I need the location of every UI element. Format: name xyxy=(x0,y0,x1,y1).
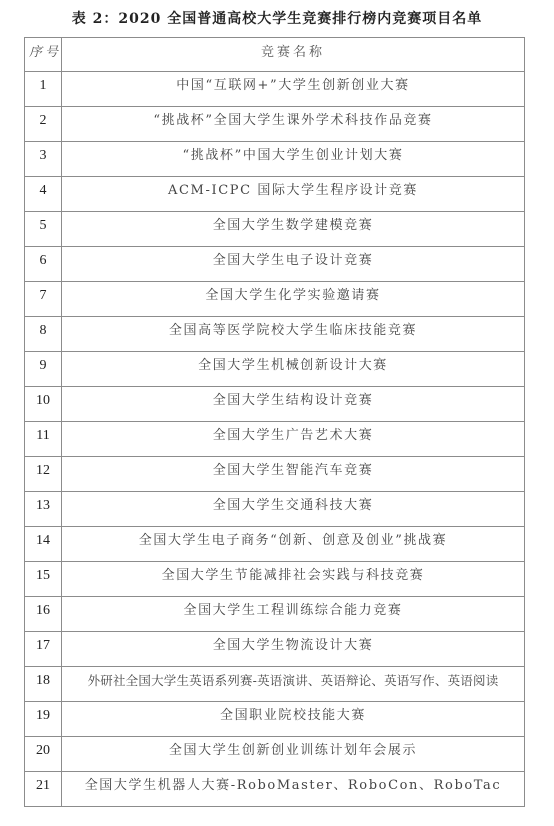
row-index: 2 xyxy=(25,107,62,142)
row-name: 全国职业院校技能大赛 xyxy=(62,702,525,737)
row-name: 全国大学生数学建模竞赛 xyxy=(62,212,525,247)
table-row: 10全国大学生结构设计竞赛 xyxy=(25,387,525,422)
row-index: 1 xyxy=(25,72,62,107)
row-name: 外研社全国大学生英语系列赛-英语演讲、英语辩论、英语写作、英语阅读 xyxy=(62,667,525,702)
row-index: 20 xyxy=(25,737,62,772)
row-name: “挑战杯”中国大学生创业计划大赛 xyxy=(62,142,525,177)
row-name: 全国大学生电子商务“创新、创意及创业”挑战赛 xyxy=(62,527,525,562)
row-index: 15 xyxy=(25,562,62,597)
row-index: 6 xyxy=(25,247,62,282)
table-row: 8全国高等医学院校大学生临床技能竞赛 xyxy=(25,317,525,352)
table-row: 15全国大学生节能减排社会实践与科技竞赛 xyxy=(25,562,525,597)
row-index: 18 xyxy=(25,667,62,702)
row-name: 全国大学生工程训练综合能力竞赛 xyxy=(62,597,525,632)
row-index: 11 xyxy=(25,422,62,457)
row-index: 17 xyxy=(25,632,62,667)
table-row: 18外研社全国大学生英语系列赛-英语演讲、英语辩论、英语写作、英语阅读 xyxy=(25,667,525,702)
table-row: 21全国大学生机器人大赛-RoboMaster、RoboCon、RoboTac xyxy=(25,772,525,807)
row-name: 中国“互联网+”大学生创新创业大赛 xyxy=(62,72,525,107)
competition-table: 序号 竞赛名称 1中国“互联网+”大学生创新创业大赛 2“挑战杯”全国大学生课外… xyxy=(24,37,525,807)
row-name: 全国大学生交通科技大赛 xyxy=(62,492,525,527)
row-index: 3 xyxy=(25,142,62,177)
table-title: 表 2：2020 全国普通高校大学生竞赛排行榜内竞赛项目名单 xyxy=(0,8,554,28)
table-row: 7全国大学生化学实验邀请赛 xyxy=(25,282,525,317)
row-name: 全国高等医学院校大学生临床技能竞赛 xyxy=(62,317,525,352)
row-index: 7 xyxy=(25,282,62,317)
row-name: 全国大学生物流设计大赛 xyxy=(62,632,525,667)
table-row: 17全国大学生物流设计大赛 xyxy=(25,632,525,667)
table-row: 2“挑战杯”全国大学生课外学术科技作品竞赛 xyxy=(25,107,525,142)
row-index: 10 xyxy=(25,387,62,422)
row-name: 全国大学生结构设计竞赛 xyxy=(62,387,525,422)
row-name: 全国大学生机械创新设计大赛 xyxy=(62,352,525,387)
row-name: 全国大学生电子设计竞赛 xyxy=(62,247,525,282)
row-index: 14 xyxy=(25,527,62,562)
table-row: 14全国大学生电子商务“创新、创意及创业”挑战赛 xyxy=(25,527,525,562)
table-header-row: 序号 竞赛名称 xyxy=(25,38,525,72)
row-name: 全国大学生创新创业训练计划年会展示 xyxy=(62,737,525,772)
table-row: 13全国大学生交通科技大赛 xyxy=(25,492,525,527)
row-name: “挑战杯”全国大学生课外学术科技作品竞赛 xyxy=(62,107,525,142)
header-name: 竞赛名称 xyxy=(62,38,525,72)
table-row: 5全国大学生数学建模竞赛 xyxy=(25,212,525,247)
table-row: 12全国大学生智能汽车竞赛 xyxy=(25,457,525,492)
row-index: 16 xyxy=(25,597,62,632)
row-index: 13 xyxy=(25,492,62,527)
table-row: 4ACM-ICPC 国际大学生程序设计竞赛 xyxy=(25,177,525,212)
table-row: 3“挑战杯”中国大学生创业计划大赛 xyxy=(25,142,525,177)
table-row: 1中国“互联网+”大学生创新创业大赛 xyxy=(25,72,525,107)
table-row: 11全国大学生广告艺术大赛 xyxy=(25,422,525,457)
row-index: 5 xyxy=(25,212,62,247)
row-name: 全国大学生化学实验邀请赛 xyxy=(62,282,525,317)
table-row: 6全国大学生电子设计竞赛 xyxy=(25,247,525,282)
table-row: 9全国大学生机械创新设计大赛 xyxy=(25,352,525,387)
row-index: 19 xyxy=(25,702,62,737)
row-index: 8 xyxy=(25,317,62,352)
row-name: 全国大学生广告艺术大赛 xyxy=(62,422,525,457)
row-name: 全国大学生机器人大赛-RoboMaster、RoboCon、RoboTac xyxy=(62,772,525,807)
table-row: 19全国职业院校技能大赛 xyxy=(25,702,525,737)
table-row: 16全国大学生工程训练综合能力竞赛 xyxy=(25,597,525,632)
row-name: 全国大学生智能汽车竞赛 xyxy=(62,457,525,492)
row-index: 21 xyxy=(25,772,62,807)
row-index: 9 xyxy=(25,352,62,387)
row-index: 12 xyxy=(25,457,62,492)
row-index: 4 xyxy=(25,177,62,212)
row-name: 全国大学生节能减排社会实践与科技竞赛 xyxy=(62,562,525,597)
header-index: 序号 xyxy=(25,38,62,72)
row-name: ACM-ICPC 国际大学生程序设计竞赛 xyxy=(62,177,525,212)
table-row: 20全国大学生创新创业训练计划年会展示 xyxy=(25,737,525,772)
